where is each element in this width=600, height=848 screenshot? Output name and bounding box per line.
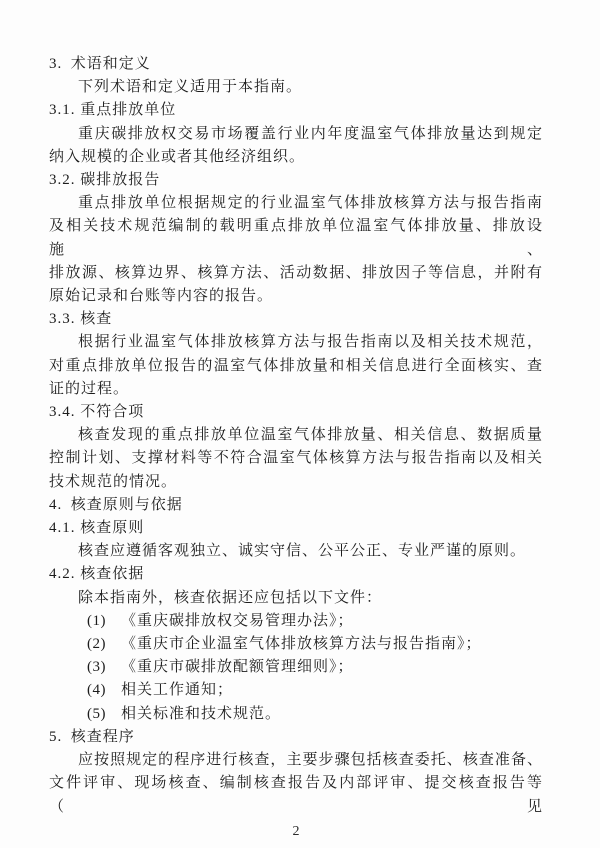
list-item-number: (4): [87, 679, 121, 702]
paragraph-line: 核查应遵循客观独立、诚实守信、公平公正、专业严谨的原则。: [49, 540, 543, 563]
section-heading: 4. 核查原则与依据: [49, 494, 543, 517]
page-number: 2: [293, 824, 300, 839]
paragraph-line: 纳入规模的企业或者其他经济组织。: [49, 146, 543, 169]
list-item-number: (2): [87, 633, 121, 656]
list-item: (1)《重庆碳排放权交易管理办法》；: [49, 610, 543, 633]
section-heading: 3.3. 核查: [49, 308, 543, 331]
page-footer: 2: [49, 820, 543, 843]
paragraph-line: 核查发现的重点排放单位温室气体排放量、相关信息、数据质量: [49, 424, 543, 447]
list-item-number: (3): [87, 656, 121, 679]
paragraph-line: 除本指南外，核查依据还应包括以下文件：: [49, 587, 543, 610]
paragraph-line: 应按照规定的程序进行核查，主要步骤包括核查委托、核查准备、: [49, 749, 543, 772]
list-item-text: 《重庆市企业温室气体排放核算方法与报告指南》；: [121, 636, 482, 652]
document-page: 3. 术语和定义下列术语和定义适用于本指南。3.1. 重点排放单位重庆碳排放权交…: [0, 0, 600, 848]
list-item: (5)相关标准和技术规范。: [49, 703, 543, 726]
paragraph-line: 控制计划、支撑材料等不符合温室气体核算方法与报告指南以及相关: [49, 447, 543, 470]
paragraph-line: 证的过程。: [49, 378, 543, 401]
list-item-text: 《重庆市碳排放配额管理细则》；: [121, 659, 354, 675]
list-item: (4)相关工作通知；: [49, 679, 543, 702]
section-heading: 3.4. 不符合项: [49, 401, 543, 424]
section-heading: 3.1. 重点排放单位: [49, 99, 543, 122]
list-item-text: 《重庆碳排放权交易管理办法》；: [121, 613, 354, 629]
paragraph-line: 下列术语和定义适用于本指南。: [49, 76, 543, 99]
paragraph-line: 对重点排放单位报告的温室气体排放量和相关信息进行全面核实、查: [49, 355, 543, 378]
paragraph-line: 重点排放单位根据规定的行业温室气体排放核算方法与报告指南: [49, 192, 543, 215]
list-item: (2)《重庆市企业温室气体排放核算方法与报告指南》；: [49, 633, 543, 656]
list-item-number: (1): [87, 610, 121, 633]
section-heading: 3.2. 碳排放报告: [49, 169, 543, 192]
list-item-text: 相关工作通知；: [121, 682, 233, 698]
section-heading: 4.1. 核查原则: [49, 517, 543, 540]
document-body: 3. 术语和定义下列术语和定义适用于本指南。3.1. 重点排放单位重庆碳排放权交…: [0, 0, 600, 819]
paragraph-line: 文件评审、现场核查、编制核查报告及内部评审、提交核查报告等（见: [49, 772, 543, 818]
paragraph-line: 技术规范的情况。: [49, 471, 543, 494]
section-heading: 5. 核查程序: [49, 726, 543, 749]
paragraph-line: 排放源、核算边界、核算方法、活动数据、排放因子等信息，并附有: [49, 262, 543, 285]
paragraph-line: 及相关技术规范编制的载明重点排放单位温室气体排放量、排放设施、: [49, 215, 543, 261]
paragraph-line: 根据行业温室气体排放核算方法与报告指南以及相关技术规范，: [49, 331, 543, 354]
list-item-number: (5): [87, 703, 121, 726]
paragraph-line: 原始记录和台账等内容的报告。: [49, 285, 543, 308]
paragraph-line: 重庆碳排放权交易市场覆盖行业内年度温室气体排放量达到规定: [49, 123, 543, 146]
list-item: (3)《重庆市碳排放配额管理细则》；: [49, 656, 543, 679]
section-heading: 4.2. 核查依据: [49, 563, 543, 586]
list-item-text: 相关标准和技术规范。: [121, 706, 281, 722]
section-heading: 3. 术语和定义: [49, 53, 543, 76]
